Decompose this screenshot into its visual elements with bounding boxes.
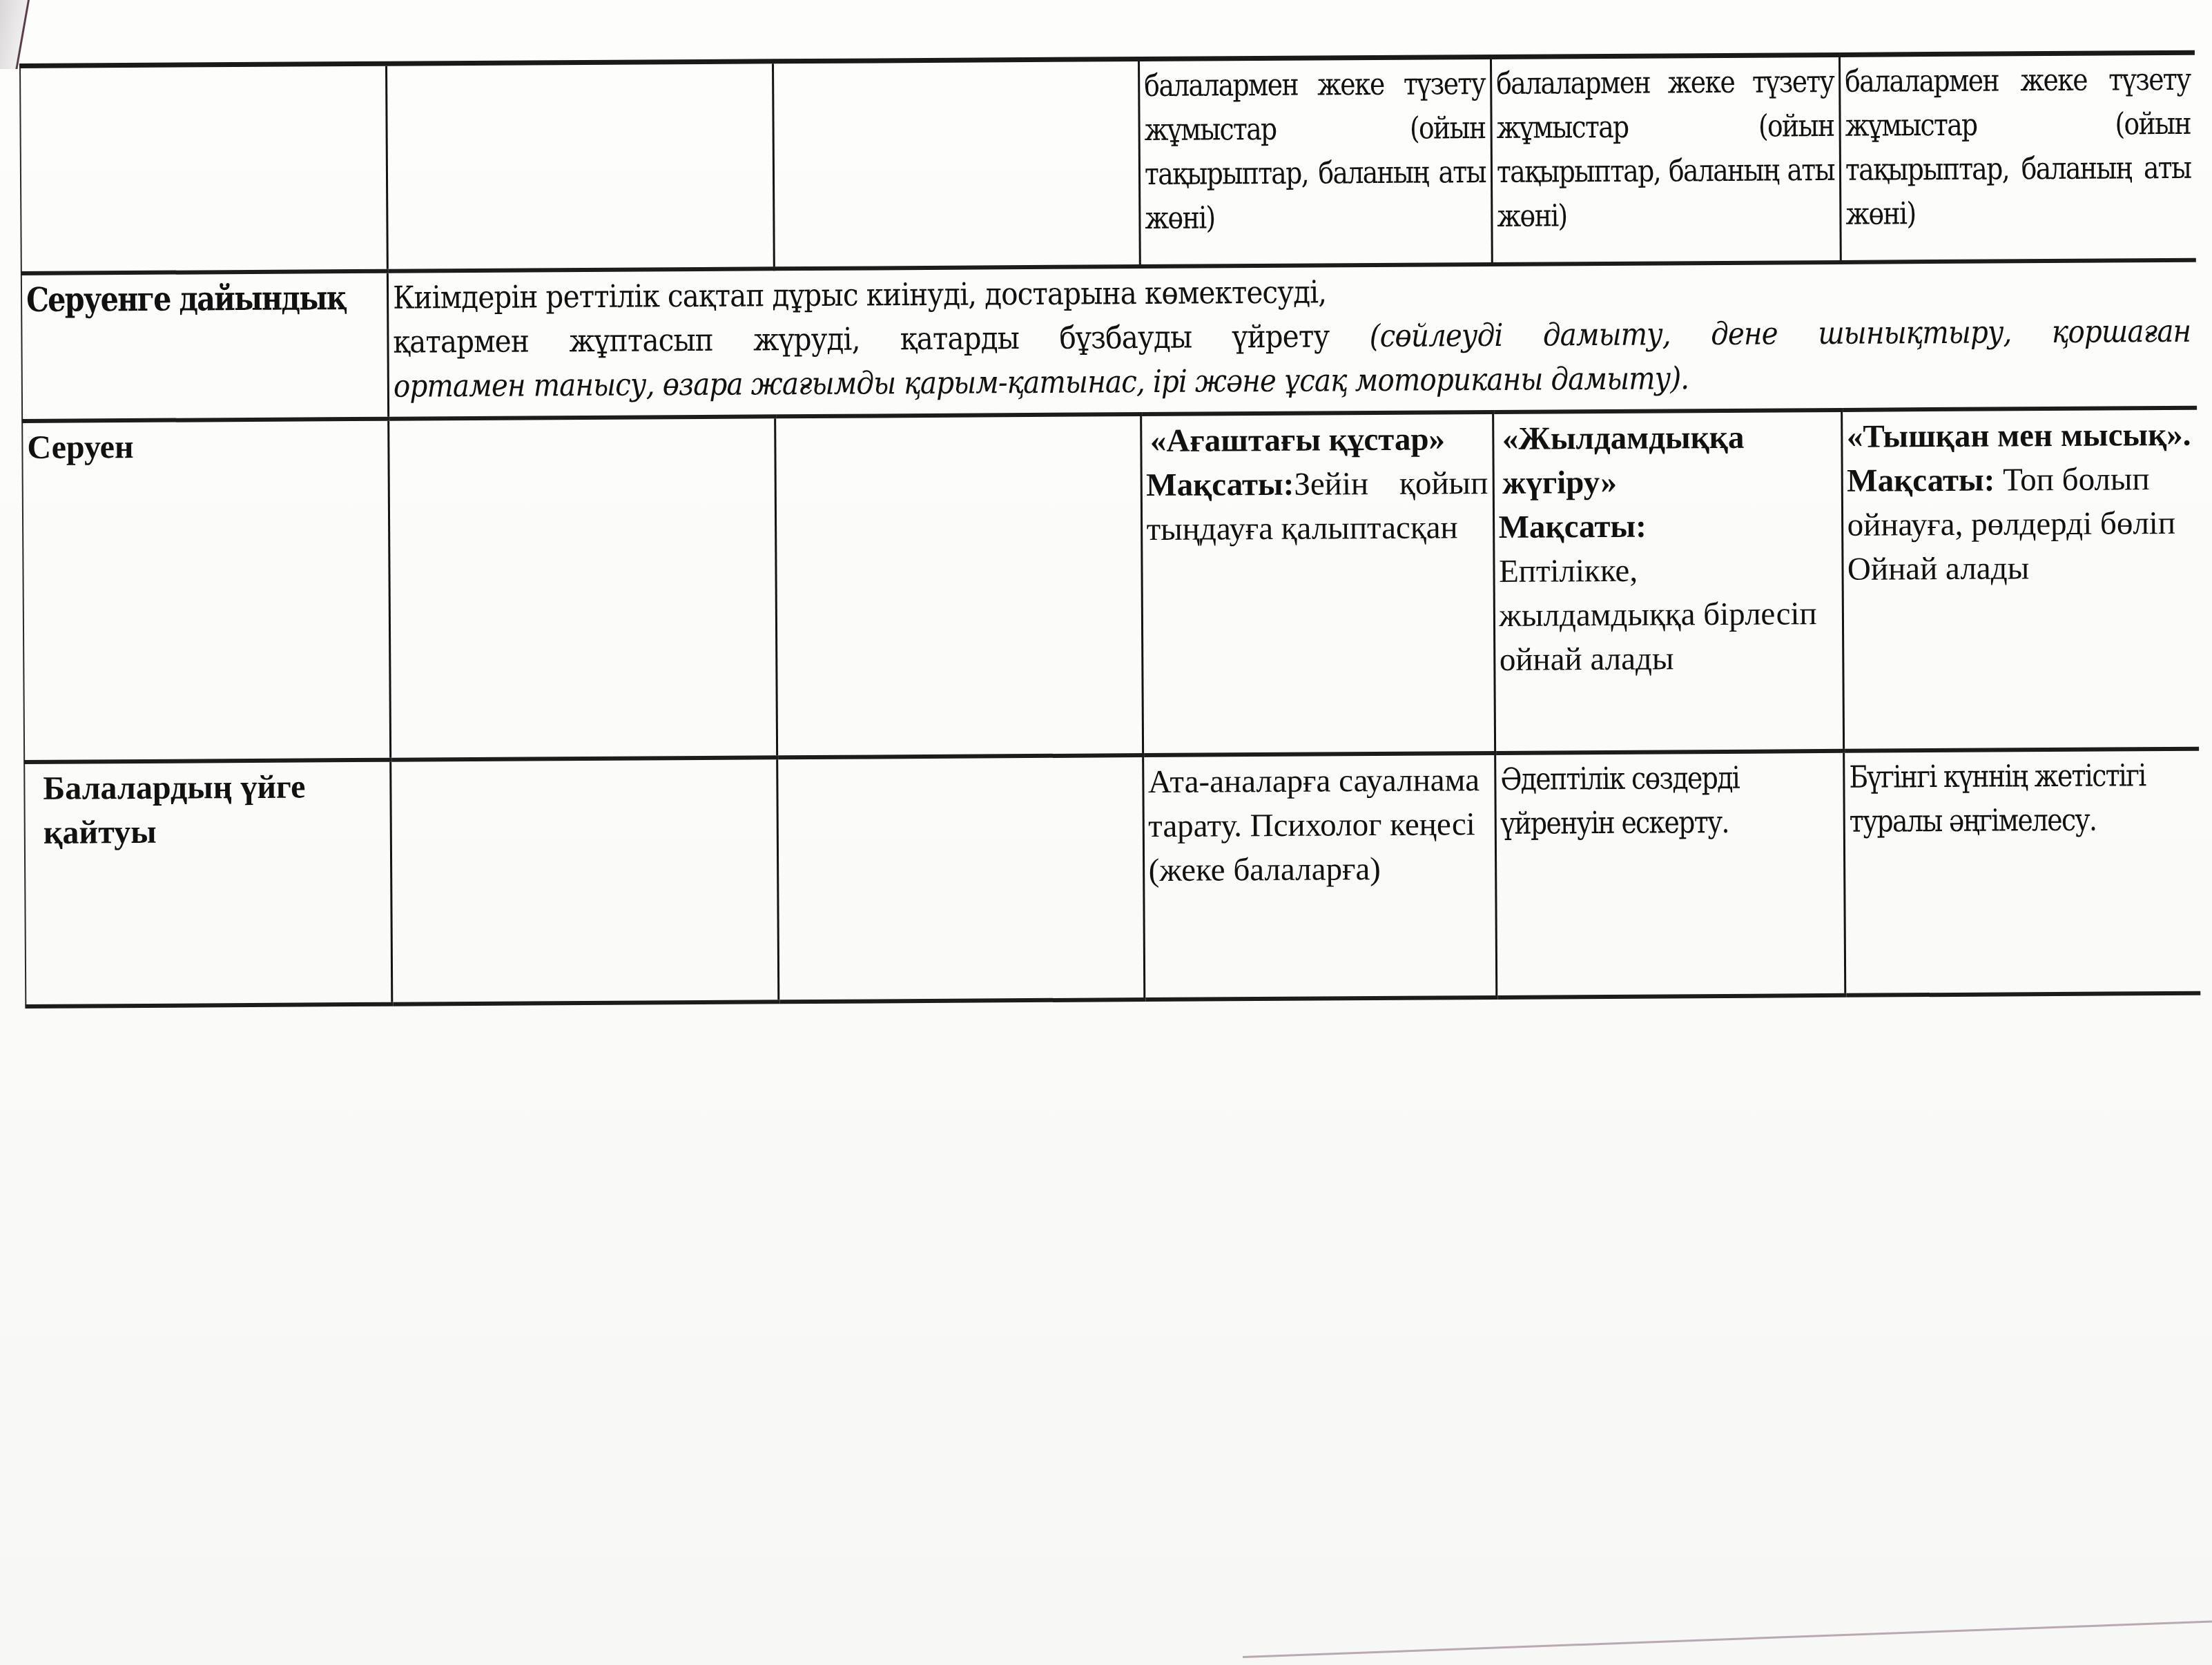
cell-day-1 bbox=[388, 416, 777, 759]
cell-day-5: Бүгінгі күннің жетістігі туралы әңгімеле… bbox=[1843, 749, 2200, 995]
row-label: Серуен bbox=[27, 424, 383, 470]
game-goal: Мақсаты: Топ болып ойнауға, рөлдерді бөл… bbox=[1847, 457, 2194, 592]
walk-preparation-text: Киімдерін реттілік сақтап дұрыс киінуді,… bbox=[392, 265, 2191, 409]
table-row-correction: балалармен жеке түзету жұмыстар (ойын та… bbox=[20, 52, 2196, 273]
cell-day-4: «Жылдамдыққа жүгіру» Мақсаты:Ептілікке, … bbox=[1493, 410, 1843, 753]
daily-plan-table: балалармен жеке түзету жұмыстар (ойын та… bbox=[19, 50, 2200, 1009]
cell-day-1 bbox=[386, 61, 774, 271]
cell-day-2 bbox=[777, 755, 1144, 1002]
row-label-cell: Балалардың үйге қайтуы bbox=[24, 760, 391, 1006]
game-goal: Мақсаты:Ептілікке, жылдамдыққа бірлесіп … bbox=[1498, 503, 1838, 682]
merged-cell-walk-preparation: Киімдерін реттілік сақтап дұрыс киінуді,… bbox=[387, 260, 2197, 419]
page-curl bbox=[0, 0, 30, 69]
page-edge-shadow bbox=[1243, 1618, 2212, 1658]
cell-text: балалармен жеке түзету жұмыстар (ойын та… bbox=[1496, 60, 1834, 239]
goal-label: Мақсаты: bbox=[1847, 463, 1995, 499]
game-goal: Мақсаты:Зейін қойып тыңдауға қалыптасқан bbox=[1146, 461, 1488, 552]
cell-text: балалармен жеке түзету жұмыстар (ойын та… bbox=[1845, 58, 2191, 237]
row-label-cell bbox=[20, 64, 387, 273]
cell-day-5: «Тышқан мен мысық». Мақсаты: Топ болып о… bbox=[1841, 408, 2199, 751]
table-row-walk: Серуен «Ағаштағы құстар» Мақсаты:Зейін қ… bbox=[22, 408, 2199, 762]
cell-day-3: Ата-аналарға сауалнама тарату. Психолог … bbox=[1143, 753, 1496, 1000]
daily-plan-table-wrapper: балалармен жеке түзету жұмыстар (ойын та… bbox=[19, 50, 2200, 1009]
cell-text: Әдептілік сөздерді үйренуін ескерту. bbox=[1500, 756, 1839, 846]
prep-line-2-italic: (сөйлеуді дамыту, дене шынықтыру, қоршағ… bbox=[1369, 313, 2191, 354]
cell-text: Бүгінгі күннің жетістігі туралы әңгімеле… bbox=[1849, 754, 2195, 844]
goal-label: Мақсаты: bbox=[1146, 467, 1294, 503]
cell-text: Ата-аналарға сауалнама тарату. Психолог … bbox=[1148, 758, 1491, 893]
prep-line-2-plain: қатармен жұптасып жүруді, қатарды бұзбау… bbox=[393, 318, 1370, 360]
cell-day-3: балалармен жеке түзету жұмыстар (ойын та… bbox=[1138, 57, 1492, 266]
goal-text: Ептілікке, жылдамдыққа бірлесіп ойнай ал… bbox=[1499, 553, 1817, 678]
row-label-cell: Серуенге дайындық bbox=[21, 271, 388, 421]
document-page: балалармен жеке түзету жұмыстар (ойын та… bbox=[0, 0, 2212, 1665]
cell-day-2 bbox=[773, 59, 1140, 269]
table-row-walk-preparation: Серуенге дайындық Киімдерін реттілік сақ… bbox=[21, 260, 2197, 421]
cell-day-2 bbox=[775, 414, 1143, 757]
game-title: «Ағаштағы құстар» bbox=[1146, 417, 1488, 463]
game-title: «Жылдамдыққа жүгіру» bbox=[1498, 415, 1837, 505]
cell-day-1 bbox=[390, 757, 778, 1004]
row-label: Балалардың үйге қайтуы bbox=[43, 765, 385, 855]
cell-day-4: балалармен жеке түзету жұмыстар (ойын та… bbox=[1491, 55, 1841, 264]
cell-text: балалармен жеке түзету жұмыстар (ойын та… bbox=[1144, 62, 1486, 241]
goal-label: Мақсаты: bbox=[1498, 503, 1836, 549]
row-label-cell: Серуен bbox=[22, 419, 390, 762]
cell-day-5: балалармен жеке түзету жұмыстар (ойын та… bbox=[1839, 52, 2196, 262]
cell-day-3: «Ағаштағы құстар» Мақсаты:Зейін қойып ты… bbox=[1141, 412, 1495, 755]
row-label: Серуенге дайындық bbox=[26, 276, 382, 322]
cell-day-4: Әдептілік сөздерді үйренуін ескерту. bbox=[1495, 751, 1845, 997]
table-row-going-home: Балалардың үйге қайтуы Ата-аналарға сауа… bbox=[24, 749, 2200, 1006]
game-title: «Тышқан мен мысық». bbox=[1847, 413, 2193, 459]
